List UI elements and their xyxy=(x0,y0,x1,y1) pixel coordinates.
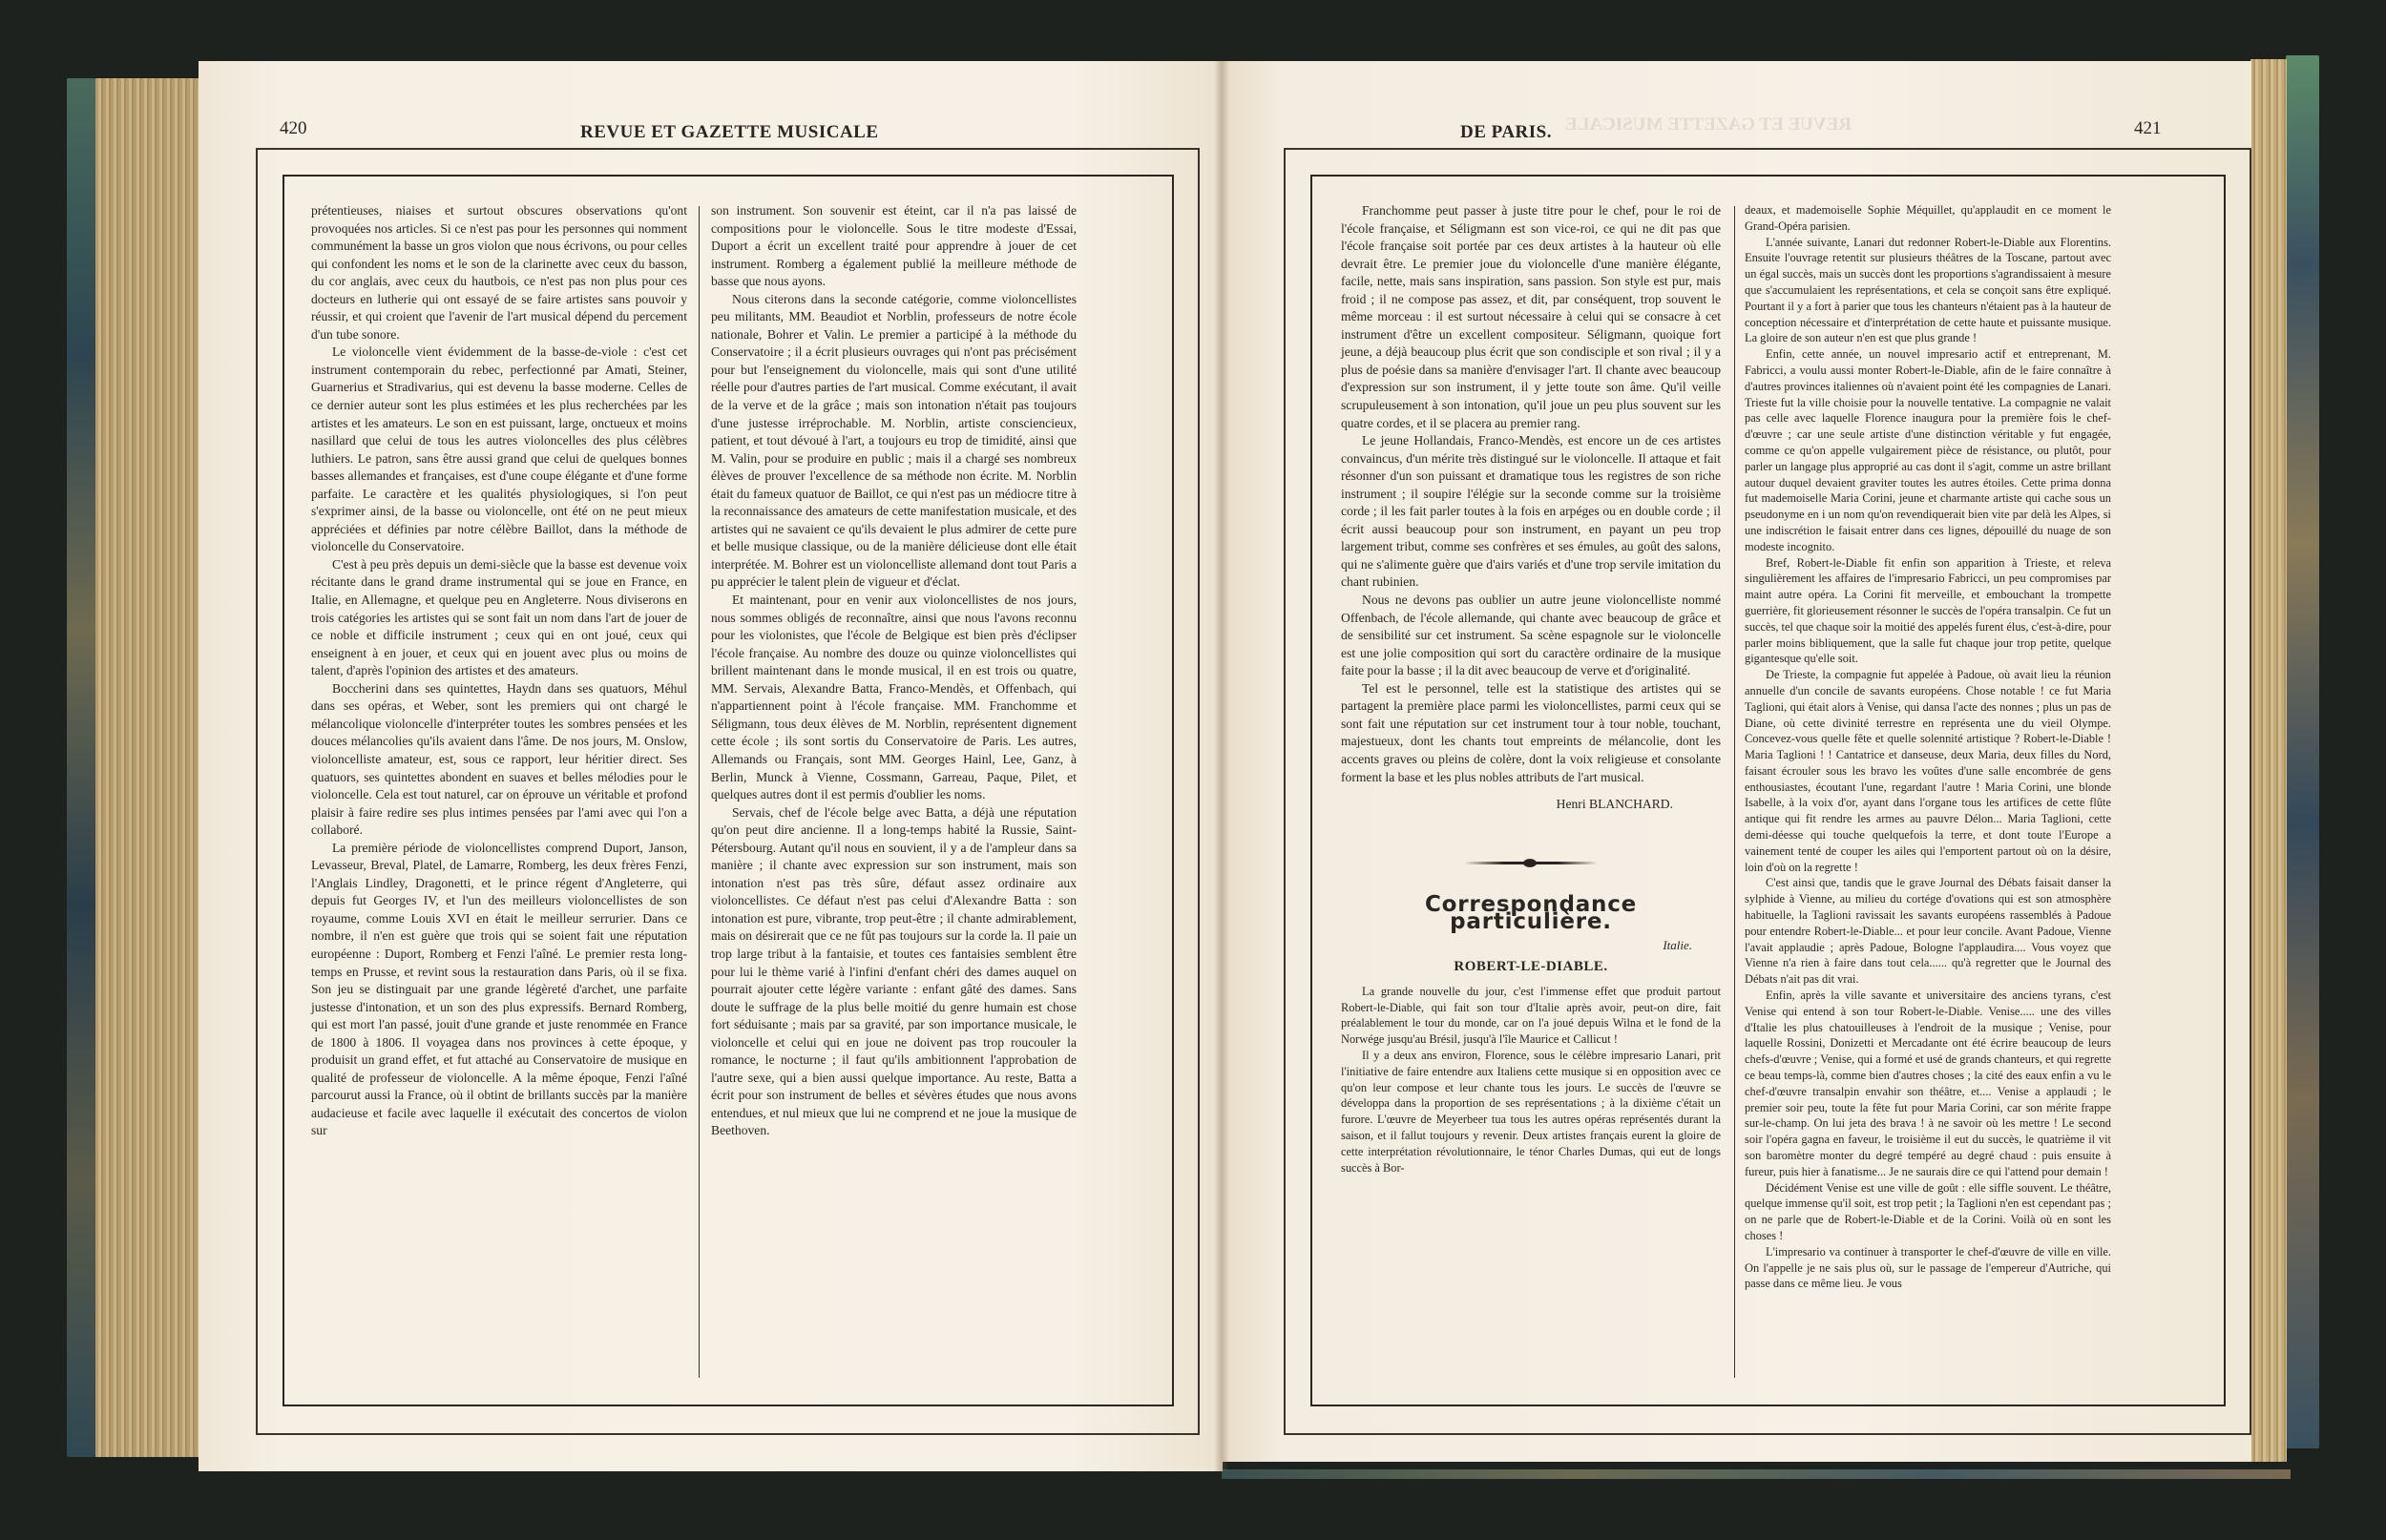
paragraph: Enfin, cette année, un nouvel impresario… xyxy=(1745,346,2111,554)
right-page-number: 421 xyxy=(2134,118,2162,139)
paragraph: deaux, et mademoiselle Sophie Méquillet,… xyxy=(1745,202,2111,235)
paragraph: C'est à peu près depuis un demi-siècle q… xyxy=(311,556,687,680)
paragraph: Enfin, après la ville savante et univers… xyxy=(1745,988,2111,1180)
right-column-rule xyxy=(1734,206,1735,1378)
paragraph: L'impresario va continuer à transporter … xyxy=(1745,1244,2111,1292)
paragraph: Le violoncelle vient évidemment de la ba… xyxy=(311,343,687,556)
left-column-rule xyxy=(699,206,700,1378)
paragraph: Nous ne devons pas oublier un autre jeun… xyxy=(1341,592,1721,680)
paragraph: La grande nouvelle du jour, c'est l'imme… xyxy=(1341,984,1721,1048)
paragraph: Tel est le personnel, telle est la stati… xyxy=(1341,680,1721,786)
page-edges-left xyxy=(95,78,200,1457)
left-column-2: son instrument. Son souvenir est éteint,… xyxy=(711,202,1077,1140)
paragraph: Nous citerons dans la seconde catégorie,… xyxy=(711,291,1077,592)
paragraph: Boccherini dans ses quintettes, Haydn da… xyxy=(311,680,687,840)
signature-last: BLANCHARD. xyxy=(1589,797,1673,811)
section-divider-ornament xyxy=(1341,856,1721,871)
paragraph: Franchomme peut passer à juste titre pou… xyxy=(1341,202,1721,432)
paragraph: L'année suivante, Lanari dut redonner Ro… xyxy=(1745,235,2111,347)
paragraph: Bref, Robert-le-Diable fit enfin son app… xyxy=(1745,555,2111,668)
right-running-head: DE PARIS. xyxy=(1460,122,1552,143)
right-column-2: deaux, et mademoiselle Sophie Méquillet,… xyxy=(1745,202,2111,1292)
book-cover-right xyxy=(2286,55,2319,1448)
section-subhead: ROBERT-LE-DIABLE. xyxy=(1341,958,1721,976)
author-signature: Henri BLANCHARD. xyxy=(1341,796,1721,814)
paragraph: La première période de violoncellistes c… xyxy=(311,840,687,1140)
left-column-1: prétentieuses, niaises et surtout obscur… xyxy=(311,202,687,1140)
paragraph: Décidément Venise est une ville de goût … xyxy=(1745,1180,2111,1244)
left-page-number: 420 xyxy=(280,118,307,139)
page-edges-right xyxy=(2250,59,2287,1462)
book-cover-bottom xyxy=(1222,1469,2291,1479)
signature-first: Henri xyxy=(1557,797,1586,811)
show-through-text: REVUE ET GAZETTE MUSICALE xyxy=(1565,114,1852,135)
book-cover-left xyxy=(67,78,95,1457)
section-dateline: Italie. xyxy=(1341,937,1721,955)
correspondance-body: La grande nouvelle du jour, c'est l'imme… xyxy=(1341,984,1721,1176)
paragraph: son instrument. Son souvenir est éteint,… xyxy=(711,202,1077,291)
left-running-head: REVUE ET GAZETTE MUSICALE xyxy=(580,122,879,143)
paragraph: Et maintenant, pour en venir aux violonc… xyxy=(711,592,1077,804)
paragraph: Le jeune Hollandais, Franco-Mendès, est … xyxy=(1341,432,1721,592)
paragraph: De Trieste, la compagnie fut appelée à P… xyxy=(1745,667,2111,875)
paragraph: C'est ainsi que, tandis que le grave Jou… xyxy=(1745,875,2111,988)
paragraph: Servais, chef de l'école belge avec Batt… xyxy=(711,804,1077,1140)
gutter-shadow xyxy=(1214,61,1229,1471)
right-column-1: Franchomme peut passer à juste titre pou… xyxy=(1341,202,1721,1176)
section-title: Correspondance particulière. xyxy=(1341,896,1721,931)
paragraph: prétentieuses, niaises et surtout obscur… xyxy=(311,202,687,343)
paragraph: Il y a deux ans environ, Florence, sous … xyxy=(1341,1048,1721,1176)
